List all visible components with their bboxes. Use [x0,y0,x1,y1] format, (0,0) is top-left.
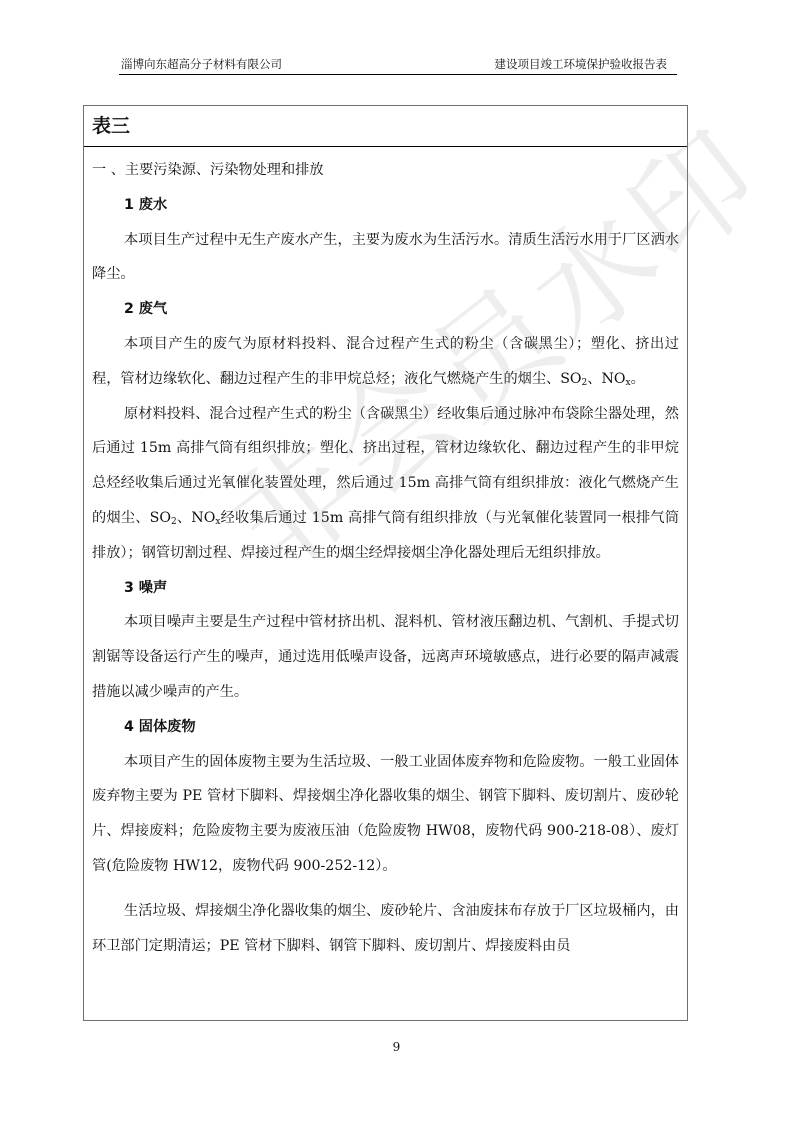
waste-gas-heading: 2 废气 [92,292,679,327]
noise-paragraph: 本项目噪声主要是生产过程中管材挤出机、混料机、管材液压翻边机、气割机、手提式切割… [92,605,679,709]
noise-heading: 3 噪声 [92,571,679,606]
report-title: 建设项目竣工环境保护验收报告表 [495,56,668,72]
wastewater-paragraph: 本项目生产过程中无生产废水产生，主要为废水为生活污水。清质生活污水用于厂区洒水降… [92,223,679,293]
company-name: 淄博向东超高分子材料有限公司 [121,56,282,72]
solid-waste-heading: 4 固体废物 [92,710,679,745]
text-run: 、NO [177,510,216,526]
wastewater-heading: 1 废水 [92,188,679,223]
section-heading: 一 、主要污染源、污染物处理和排放 [92,153,679,188]
waste-gas-paragraph-2: 原材料投料、混合过程产生式的粉尘（含碳黑尘）经收集后通过脉冲布袋除尘器处理，然后… [92,397,679,571]
solid-waste-paragraph-2: 生活垃圾、焊接烟尘净化器收集的烟尘、废砂轮片、含油废抹布存放于厂区垃圾桶内，由环… [92,894,679,964]
text-run: 。 [631,371,645,387]
text-run: 原材料投料、混合过程产生式的粉尘（含碳黑尘）经收集后通过脉冲布袋除尘器处理，然后… [92,406,679,526]
table-content: 一 、主要污染源、污染物处理和排放 1 废水 本项目生产过程中无生产废水产生，主… [84,147,687,963]
table-title: 表三 [84,106,687,147]
spacer [92,884,679,894]
waste-gas-paragraph-1: 本项目产生的废气为原材料投料、混合过程产生式的粉尘（含碳黑尘）；塑化、挤出过程，… [92,327,679,397]
report-table: 表三 一 、主要污染源、污染物处理和排放 1 废水 本项目生产过程中无生产废水产… [83,105,688,1021]
text-run: 、NO [587,371,625,387]
page-header: 淄博向东超高分子材料有限公司 建设项目竣工环境保护验收报告表 [119,55,677,75]
page-number: 9 [0,1040,793,1054]
solid-waste-paragraph-1: 本项目产生的固体废物主要为生活垃圾、一般工业固体废弃物和危险废物。一般工业固体废… [92,745,679,884]
